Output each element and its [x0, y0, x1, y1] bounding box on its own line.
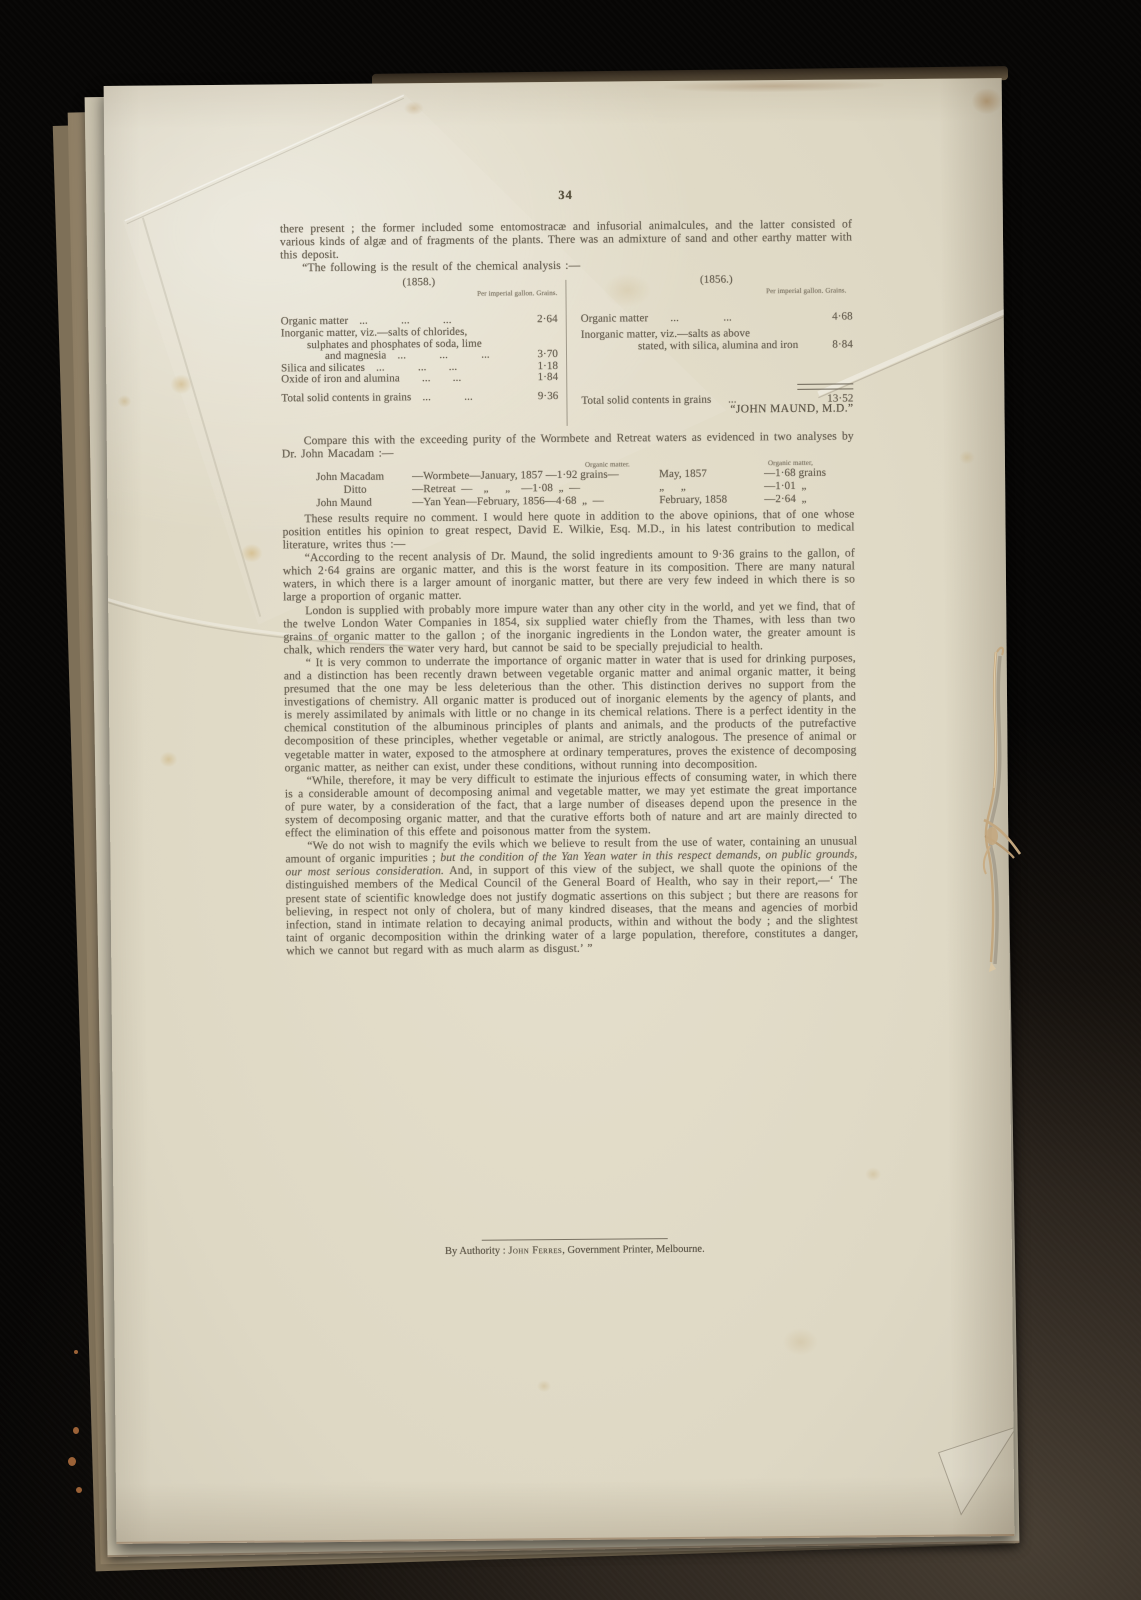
table-1856: Organic matter ... ... 4·68 Inorganic ma… — [581, 312, 853, 353]
table-row: Inorganic matter, viz.—salts of chloride… — [281, 326, 558, 363]
body-paragraph: “While, therefore, it may be very diffic… — [285, 769, 858, 839]
foxing-stain — [972, 88, 1002, 114]
table-divider-line — [565, 280, 567, 426]
table-row: Inorganic matter, viz.—salts as above st… — [581, 327, 853, 353]
table-1856-year: (1856.) — [580, 274, 852, 288]
table-1858-year: (1858.) — [280, 276, 557, 290]
foxing-stain — [159, 751, 177, 767]
foxing-stain — [117, 395, 131, 408]
footer-rule — [482, 1238, 668, 1241]
photo-of-document: 34 there present ; the former included s… — [0, 0, 1141, 1600]
page-edge-speck — [76, 1487, 82, 1493]
maund-signature: “JOHN MAUND, M.D.” — [730, 404, 853, 417]
organic-matter-column-label: Organic matter. — [585, 458, 630, 471]
page-edge-speck — [74, 1350, 78, 1354]
table-row: Oxide of iron and alumina ... ... 1·84 — [281, 372, 558, 386]
printer-name: John Ferres — [508, 1245, 562, 1256]
imprint-footer: By Authority : John Ferres, Government P… — [289, 1236, 861, 1258]
body-paragraph: These results require no comment. I woul… — [282, 507, 854, 551]
foxing-stain — [865, 1167, 881, 1181]
intro-paragraph: there present ; the former included some… — [280, 217, 852, 261]
table-row: Organic matter ... ... 4·68 — [581, 312, 853, 326]
table-1858: Organic matter ... ... ... 2·64 Inorgani… — [281, 314, 559, 386]
table-1856-unit-header: Per imperial gallon. Grains. — [756, 288, 846, 296]
foxing-stain — [537, 1380, 551, 1392]
footer-prefix: By Authority : — [445, 1245, 508, 1257]
text-column: there present ; the former included some… — [280, 217, 858, 957]
body-paragraph: London is supplied with probably more im… — [283, 599, 855, 656]
page-number: 34 — [280, 185, 852, 205]
document-page: 34 there present ; the former included s… — [104, 78, 1015, 1544]
comparison-analyses: Organic matter. Organic matter, John Mac… — [282, 456, 854, 510]
foxing-stain — [783, 1328, 819, 1356]
quote-paragraph: “We do not wish to magnify the evils whi… — [285, 835, 858, 958]
foxing-stain — [170, 374, 192, 394]
page-edge-speck — [68, 1457, 76, 1466]
foxing-stain — [664, 79, 884, 93]
page-edge-speck — [73, 1427, 79, 1434]
analysis-tables: (1858.) (1856.) Per imperial gallon. Gra… — [280, 272, 853, 435]
table-1858-unit-header: Per imperial gallon. Grains. — [467, 290, 557, 298]
organic-matter-column-label: Organic matter, — [768, 456, 813, 469]
foxing-stain — [241, 544, 263, 563]
footer-suffix: , Government Printer, Melbourne. — [562, 1244, 705, 1256]
body-paragraph: “According to the recent analysis of Dr.… — [283, 547, 855, 604]
body-paragraph: “ It is very common to underrate the imp… — [284, 651, 857, 774]
total-rule-1858 — [797, 384, 853, 385]
foxing-stain — [404, 101, 424, 115]
foxing-stain — [959, 450, 975, 464]
